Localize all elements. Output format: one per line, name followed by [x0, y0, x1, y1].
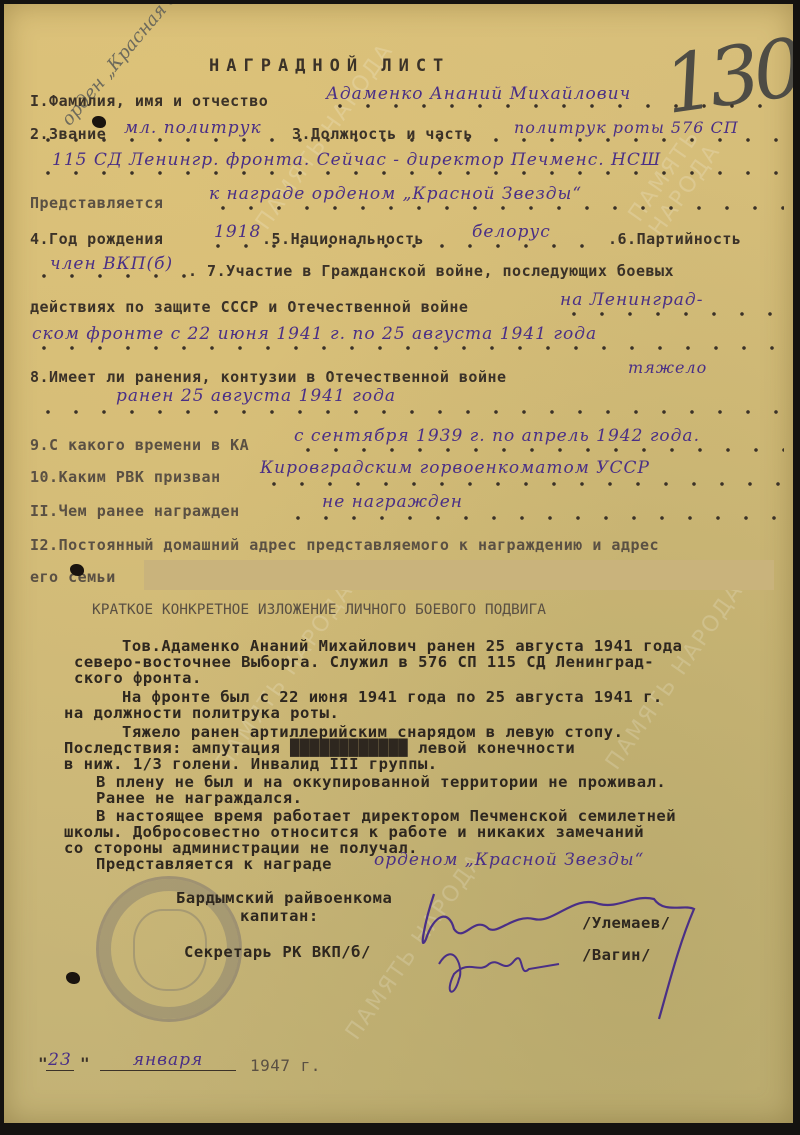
watermark: ПАМЯТЬ НАРОДА: [601, 578, 749, 774]
dotted-line: [34, 410, 784, 414]
award-sheet-page: ПАМЯТЬ НАРОДА ПАМЯТЬ НАРОДА ПАМЯТЬ НАРОД…: [4, 4, 793, 1123]
field-11-label: II.Чем ранее награжден: [30, 502, 240, 520]
punch-hole: [70, 564, 84, 576]
field-4-value: 1918: [214, 222, 261, 242]
summary-line: Ранее не награждался.: [96, 790, 302, 806]
margin-note: орден „Красная Звезда“: [57, 4, 222, 130]
field-10-value: Кировградским горвоенкоматом УССР: [260, 458, 650, 478]
punch-hole: [92, 116, 106, 128]
field-6-value: член ВКП(б): [50, 254, 173, 274]
field-8-value-a: тяжело: [628, 358, 707, 377]
field-7-label-a: . 7.Участие в Гражданской войне, последу…: [188, 262, 674, 280]
field-7-value-b: ском фронте с 22 июня 1941 г. по 25 авгу…: [32, 324, 597, 344]
dotted-line: [204, 244, 584, 248]
dotted-line: [294, 448, 784, 452]
date-day-quotes: ": [80, 1054, 90, 1073]
dotted-line: [34, 138, 784, 142]
date-year: 1947 г.: [250, 1056, 321, 1075]
summary-line: На фронте был с 22 июня 1941 года по 25 …: [122, 689, 663, 705]
corner-number: 130: [658, 21, 793, 132]
field-1-value: Адаменко Ананий Михайлович: [326, 84, 631, 104]
field-8-value-b: ранен 25 августа 1941 года: [116, 386, 396, 406]
field-3-value: политрук роты 576 СП: [514, 118, 739, 137]
dotted-line: [560, 312, 784, 316]
summary-line: Последствия: ампутация ████████████ лево…: [64, 740, 575, 756]
page-title: НАГРАДНОЙ ЛИСТ: [209, 56, 450, 76]
field-10-label: 10.Каким РВК призван: [30, 468, 221, 486]
field-11-value: не награжден: [322, 492, 463, 512]
field-6-label: .6.Партийность: [608, 230, 741, 248]
commissar-rank: капитан:: [240, 908, 319, 924]
summary-award-handwritten: орденом „Красной Звезды“: [374, 850, 644, 870]
summary-line: школы. Добросовестно относится к работе …: [64, 824, 644, 840]
summary-line: на должности политрука роты.: [64, 705, 339, 721]
summary-heading: КРАТКОЕ КОНКРЕТНОЕ ИЗЛОЖЕНИЕ ЛИЧНОГО БОЕ…: [92, 602, 546, 618]
field-12-label-a: I2.Постоянный домашний адрес представляе…: [30, 536, 659, 554]
summary-line: Тов.Адаменко Ананий Михайлович ранен 25 …: [122, 638, 682, 654]
field-7-label-b: действиях по защите СССР и Отечественной…: [30, 298, 468, 316]
field-5-value: белорус: [472, 222, 551, 242]
field-2-value: мл. политрук: [124, 118, 262, 138]
summary-line: со стороны администрации не получал.: [64, 840, 418, 856]
punch-hole: [66, 972, 80, 984]
summary-line: Представляется к награде: [96, 856, 332, 872]
dotted-line: [209, 206, 784, 210]
dotted-line: [34, 171, 784, 175]
dotted-line: [30, 346, 784, 350]
redacted-address: [144, 560, 774, 590]
summary-line: Тяжело ранен артиллерийским снарядом в л…: [122, 724, 623, 740]
date-day: 23: [46, 1050, 74, 1071]
summary-line: северо-восточнее Выборга. Служил в 576 С…: [74, 654, 654, 670]
dotted-line: [326, 104, 786, 108]
date-month: января: [100, 1050, 236, 1071]
field-7-value-a: на Ленинград-: [560, 290, 703, 310]
field-3-continued: 115 СД Ленингр. фронта. Сейчас - директо…: [52, 150, 661, 170]
dotted-line: [260, 482, 784, 486]
summary-line: В настоящее время работает директором Пе…: [96, 808, 676, 824]
presented-value: к награде орденом „Красной Звезды“: [209, 184, 582, 204]
field-9-value: с сентября 1939 г. по апрель 1942 года.: [294, 426, 700, 446]
dotted-line: [284, 516, 784, 520]
secretary-title: Секретарь РК ВКП/б/: [184, 944, 371, 960]
summary-line: ского фронта.: [74, 670, 202, 686]
field-1-label: I.Фамилия, имя и отчество: [30, 92, 268, 110]
field-4-label: 4.Год рождения: [30, 230, 163, 248]
presented-label: Представляется: [30, 194, 163, 212]
dotted-line: [30, 274, 190, 278]
secretary-signature: [434, 929, 564, 1009]
commissar-title: Бардымский райвоенкома: [176, 890, 392, 906]
summary-line: В плену не был и на оккупированной терри…: [96, 774, 666, 790]
field-8-label: 8.Имеет ли ранения, контузии в Отечестве…: [30, 368, 507, 386]
field-9-label: 9.С какого времени в КА: [30, 436, 249, 454]
summary-line: в ниж. 1/3 голени. Инвалид III группы.: [64, 756, 438, 772]
